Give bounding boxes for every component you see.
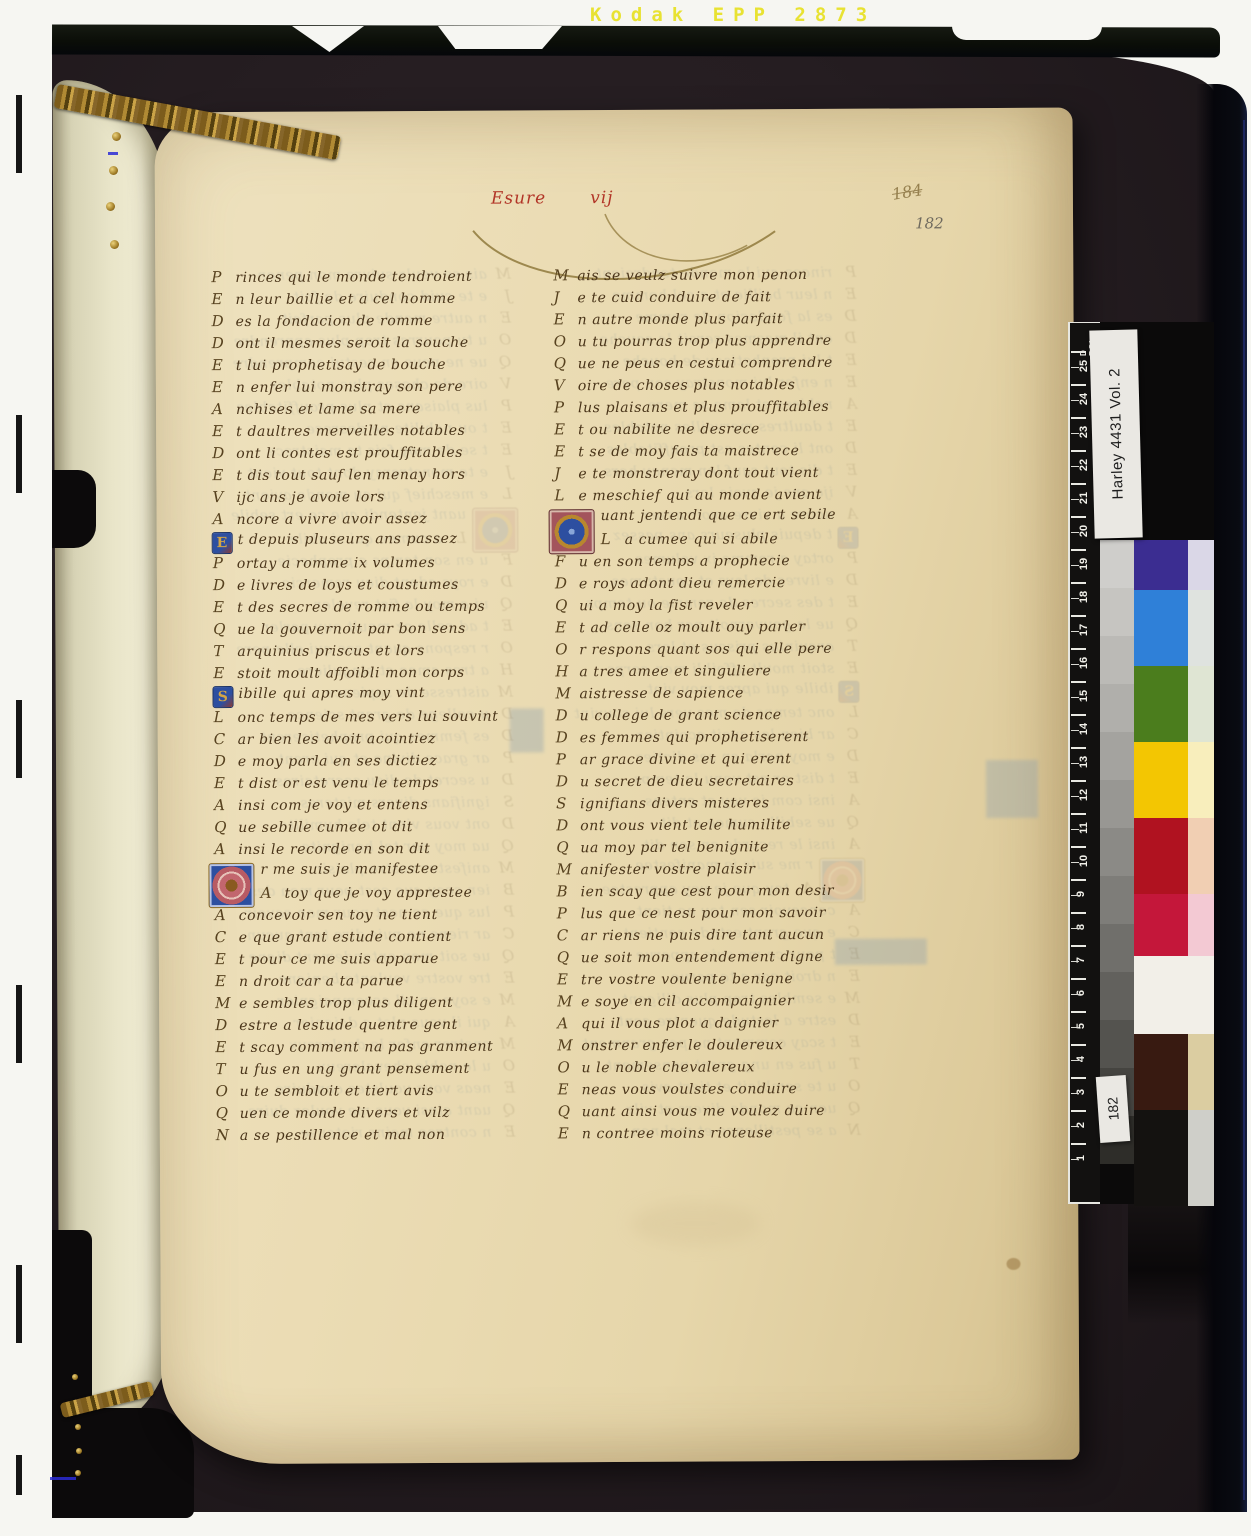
color-patch-pale — [1188, 1110, 1214, 1206]
verso-show-through — [986, 760, 1038, 818]
verse-line: Des femmes qui prophetiserent — [556, 727, 838, 750]
verse-text: t pour ce me suis apparue — [239, 951, 439, 968]
verse-line: Maistresse de sapience — [555, 683, 837, 706]
verse-line: Eneas vous voulstes conduire — [558, 1079, 840, 1102]
verse-initial: E — [212, 466, 236, 484]
verse-line: Je te cuid conduire de fait — [553, 287, 835, 310]
verse-line: Et lui prophetisay de bouche — [212, 355, 497, 378]
kodak-color-bar: D RSI 2524232221201918171615141312111098… — [1068, 322, 1214, 1204]
shelfmark-label: Harley 4431 Vol. 2 — [1089, 329, 1142, 538]
verse-initial: D — [556, 706, 580, 724]
verse-initial: D — [556, 728, 580, 746]
verse-line: En autre monde plus parfait — [554, 309, 836, 332]
verse-text: t daultres merveilles notables — [236, 423, 465, 440]
verse-initial: Q — [214, 818, 238, 836]
verse-initial: Q — [216, 1104, 240, 1122]
ruler-cell: 13 — [1070, 747, 1100, 780]
film-blue-edge-line — [1243, 120, 1245, 1500]
verse-initial: E — [215, 1038, 239, 1056]
verse-initial: M — [553, 266, 577, 284]
verse-initial: M — [555, 684, 579, 702]
verse-initial: N — [216, 1126, 240, 1144]
verse-line: Quen ce monde divers et vilz — [216, 1103, 501, 1126]
verse-line: Et daultres merveilles notables — [212, 421, 497, 444]
verse-initial: M — [556, 860, 580, 878]
verse-initial: D — [556, 772, 580, 790]
verse-text: ui a moy la fist reveler — [579, 597, 753, 614]
verse-text: ar bien les avoit acointiez — [238, 731, 436, 748]
verse-line: Des la fondacion de romme — [212, 311, 497, 334]
verse-text: t ou nabilite ne desrece — [578, 421, 760, 438]
verse-initial: A — [213, 510, 237, 528]
verse-line: Et depuis pluseurs ans passez — [213, 531, 498, 554]
verse-initial: E — [554, 442, 578, 460]
cradle-clamp — [52, 470, 96, 548]
verse-initial: O — [216, 1082, 240, 1100]
verse-initial: P — [211, 268, 235, 286]
verse-text: ignifians divers misteres — [580, 795, 770, 812]
verse-initial: L — [601, 530, 625, 548]
verse-text: ar riens ne puis dire tant aucun — [581, 927, 825, 944]
ruler-cell: 9 — [1070, 879, 1100, 912]
verse-line: Le meschief qui au monde avient — [554, 485, 836, 508]
ruler-cell: 14 — [1070, 714, 1100, 747]
verse-line: Et dist or est venu le temps — [214, 773, 499, 796]
ruler-cell: 7 — [1070, 945, 1100, 978]
ruler-cell: 6 — [1070, 978, 1100, 1011]
verse-text: n contree moins rioteuse — [582, 1125, 773, 1142]
verse-initial: E — [558, 1080, 582, 1098]
verse-text: e meschief qui au monde avient — [578, 487, 822, 504]
verse-initial: D — [215, 1016, 239, 1034]
ruler-cell: 15 — [1070, 681, 1100, 714]
verse-text: lus plaisans et plus prouffitables — [578, 399, 829, 416]
verse-initial: E — [213, 598, 237, 616]
gray-step — [1100, 828, 1134, 876]
verse-text: ue soit mon entendement digne — [581, 949, 823, 966]
color-patch-saturated — [1134, 540, 1188, 590]
verse-line: En leur baillie et a cel homme — [211, 289, 496, 312]
verse-line: Monstrer enfer le doulereux — [557, 1035, 839, 1058]
verse-initial: E — [215, 950, 239, 968]
verse-line: Et des secres de romme ou temps — [213, 597, 498, 620]
verse-text: uant jentendi que ce ert sebile — [601, 507, 837, 524]
ruler-number: 17 — [1078, 624, 1090, 636]
verse-line: Dont il mesmes seroit la souche — [212, 333, 497, 356]
ruler-cell: 1 — [1070, 1143, 1100, 1176]
verse-line: Portay a romme ix volumes — [213, 553, 498, 576]
color-patch-row — [1134, 666, 1214, 742]
verse-initial: O — [555, 640, 579, 658]
ruler-number: 23 — [1078, 426, 1090, 438]
ruler-number: 2 — [1075, 1122, 1087, 1128]
verse-line: Bien scay que cest pour mon desir — [557, 881, 839, 904]
color-patch-pale — [1188, 894, 1214, 956]
verse-line: Or respons quant sos qui elle pere — [555, 639, 837, 662]
color-patch-saturated — [1134, 742, 1188, 818]
verse-text: e moy parla en ses dictiez — [238, 753, 438, 770]
verse-text: e roys adont dieu remercie — [579, 575, 786, 592]
verse-text: ijc ans je avoie lors — [236, 489, 385, 506]
verse-line: Quant jentendi que ce ert sebile — [555, 507, 837, 530]
verse-initial: T — [213, 642, 237, 660]
ruler-cell: 8 — [1070, 912, 1100, 945]
film-edge-dash — [16, 95, 22, 173]
gray-step — [1100, 540, 1134, 588]
right-text-column: Mais se veulz suivre mon penon Je te cui… — [553, 265, 839, 1146]
verse-line: Voire de choses plus notables — [554, 375, 836, 398]
ruler-number: 14 — [1078, 723, 1090, 735]
color-patch-row — [1134, 590, 1214, 666]
verse-initial: C — [215, 928, 239, 946]
verse-line: Me soye en cil accompaignier — [557, 991, 839, 1014]
verse-text: arquinius priscus et lors — [237, 643, 425, 660]
verse-initial: Q — [555, 596, 579, 614]
verse-initial: Q — [557, 948, 581, 966]
verse-line: Et pour ce me suis apparue — [215, 949, 500, 972]
verse-line: Et scay comment na pas granment — [215, 1037, 500, 1060]
film-photograph-of-manuscript: { "film": { "brand_text": "Kodak EPP 287… — [0, 0, 1251, 1536]
gray-step — [1100, 588, 1134, 636]
left-text-column: Princes qui le monde tendroient En leur … — [211, 267, 500, 1148]
verse-text: ncore a vivre avoir assez — [237, 511, 428, 528]
verse-line: Tarquinius priscus et lors — [213, 641, 498, 664]
spine-text-fragments — [60, 238, 164, 1138]
verse-text: n leur baillie et a cel homme — [235, 291, 455, 308]
verse-line: Or me suis je manifestee — [214, 861, 499, 884]
verse-line: Dont vous vient tele humilite — [556, 815, 838, 838]
verse-line: Na se pestillence et mal non — [216, 1125, 501, 1148]
verse-initial: Q — [213, 620, 237, 638]
ruler-number: 22 — [1078, 459, 1090, 471]
film-notch — [438, 26, 562, 49]
gilt-boss-dot — [106, 202, 115, 211]
verse-initial: J — [554, 464, 578, 482]
gray-step — [1100, 876, 1134, 924]
verse-initial: E — [212, 378, 236, 396]
verse-initial: D — [212, 334, 236, 352]
verse-line: Ou tu pourras trop plus apprendre — [554, 331, 836, 354]
gilt-boss-dot — [76, 1448, 82, 1454]
color-patch-row — [1134, 540, 1214, 590]
verse-initial: S — [556, 794, 580, 812]
verse-text: onstrer enfer le doulereux — [581, 1037, 783, 1054]
verse-text: es femmes qui prophetiserent — [580, 729, 809, 746]
ruler-cell: 4 — [1070, 1044, 1100, 1077]
verse-text: estre a lestude quentre gent — [239, 1017, 458, 1034]
film-artifact — [50, 1477, 76, 1480]
verse-line: Et ad celle oz moult ouy parler — [555, 617, 837, 640]
verse-text: e livres de loys et coustumes — [237, 577, 459, 594]
verse-initial: V — [212, 488, 236, 506]
verso-show-through — [510, 708, 544, 752]
verse-text: ais se veulz suivre mon penon — [577, 267, 807, 284]
color-patch-row — [1134, 894, 1214, 956]
verse-text: e que grant estude contient — [239, 929, 452, 946]
verse-line: Que ne peus en cestui comprendre — [554, 353, 836, 376]
verse-line: Aconcevoir sen toy ne tient — [215, 905, 500, 928]
verse-initial: E — [212, 422, 236, 440]
verse-initial: E — [558, 1124, 582, 1142]
color-patch-saturated — [1134, 1034, 1188, 1110]
verse-initial: L — [554, 486, 578, 504]
ruler-cell: 17 — [1070, 615, 1100, 648]
verse-text: e te monstreray dont tout vient — [578, 465, 819, 482]
color-patch-row — [1134, 1110, 1214, 1206]
verse-initial: C — [214, 730, 238, 748]
verse-initial: M — [215, 994, 239, 1012]
verse-line: Que sebille cumee ot dit — [214, 817, 499, 840]
cradle-shadow — [52, 1408, 194, 1518]
verse-initial: O — [554, 332, 578, 350]
ruler-number: 15 — [1078, 690, 1090, 702]
verse-text: ont vous vient tele humilite — [580, 817, 791, 834]
verse-initial: Q — [554, 354, 578, 372]
verse-line: Qua moy par tel benignite — [556, 837, 838, 860]
verse-line: Ainsi le recorde en son dit — [214, 839, 499, 862]
verse-line: Atoy que je voy apprestee — [261, 883, 500, 906]
color-patch-row — [1134, 742, 1214, 818]
verse-text: insi com je voy et entens — [238, 797, 428, 814]
verse-text: n autre monde plus parfait — [578, 311, 784, 328]
gray-step — [1100, 1020, 1134, 1068]
verse-line: Car riens ne puis dire tant aucun — [557, 925, 839, 948]
ruler-cell: 16 — [1070, 648, 1100, 681]
verse-line: Je te monstreray dont tout vient — [554, 463, 836, 486]
verse-text: ar grace divine et qui erent — [580, 751, 792, 768]
color-patch-saturated — [1134, 1110, 1188, 1206]
verse-initial: E — [212, 356, 236, 374]
color-patch-pale — [1188, 540, 1214, 590]
verse-line: En contree moins rioteuse — [558, 1123, 840, 1146]
ruler-number: 7 — [1075, 957, 1087, 963]
verse-text: t dist or est venu le temps — [238, 775, 439, 792]
verse-initial: D — [213, 576, 237, 594]
verse-text: neas vous voulstes conduire — [582, 1081, 798, 1098]
verse-initial: A — [557, 1014, 581, 1032]
verse-initial: E — [213, 664, 237, 682]
folio-number-pencil: 182 — [915, 214, 944, 232]
verse-line: Ha tres amee et singuliere — [555, 661, 837, 684]
verse-line: De livres de loys et coustumes — [213, 575, 498, 598]
ruler-cell: 10 — [1070, 846, 1100, 879]
film-brand-text: Kodak EPP 2873 — [590, 4, 876, 26]
verse-initial: T — [215, 1060, 239, 1078]
gray-step — [1100, 924, 1134, 972]
verse-line: Me sembles trop plus diligent — [215, 993, 500, 1016]
manuscript-page: Esure vij 184 182 Mais se veulz suivre m… — [154, 108, 1079, 1465]
verse-line: Plus que ce nest pour mon savoir — [557, 903, 839, 926]
verse-line: Tu fus en ung grant pensement — [215, 1059, 500, 1082]
verse-line: Signifians divers misteres — [556, 793, 838, 816]
verse-text: n enfer lui monstray son pere — [236, 379, 464, 396]
verse-line: Par grace divine et qui erent — [556, 749, 838, 772]
verse-initial: F — [555, 552, 579, 570]
verse-initial: Q — [558, 1102, 582, 1120]
ruler-number: 3 — [1075, 1089, 1087, 1095]
verse-text: aistresse de sapience — [579, 685, 744, 702]
ruler-number: 1 — [1075, 1155, 1087, 1161]
verse-text: t des secres de romme ou temps — [237, 599, 485, 616]
verse-text: tre vostre voulente benigne — [581, 971, 793, 988]
film-edge-dash — [16, 1455, 22, 1495]
verse-text: ortay a romme ix volumes — [237, 555, 436, 572]
verse-text: ua moy par tel benignite — [580, 839, 769, 856]
verse-initial: D — [214, 752, 238, 770]
verse-line: Et ou nabilite ne desrece — [554, 419, 836, 442]
verse-line: Car bien les avoit acointiez — [214, 729, 499, 752]
gilt-boss-dot — [109, 166, 118, 175]
verse-text: u le noble chevalereux — [581, 1059, 755, 1076]
verse-text: t ad celle oz moult ouy parler — [579, 619, 806, 636]
verse-text: ue ne peus en cestui comprendre — [578, 355, 833, 372]
verse-line: Dont li contes est prouffitables — [212, 443, 497, 466]
verse-text: toy que je voy apprestee — [285, 885, 473, 902]
color-patch-saturated — [1134, 894, 1188, 956]
verse-text: onc temps de mes vers lui souvint — [238, 709, 499, 726]
film-notch — [952, 26, 1102, 40]
verse-initial: P — [556, 750, 580, 768]
color-patch-saturated — [1134, 590, 1188, 666]
verse-line: De roys adont dieu remercie — [555, 573, 837, 596]
ruler-number: 19 — [1078, 558, 1090, 570]
verse-text: insi le recorde en son dit — [238, 841, 430, 858]
verse-line: Quant ainsi vous me voulez duire — [558, 1101, 840, 1124]
verse-line: Destre a lestude quentre gent — [215, 1015, 500, 1038]
verse-initial: E — [555, 618, 579, 636]
verse-text: t dis tout sauf len menay hors — [236, 467, 465, 484]
ruler-cell: 18 — [1070, 582, 1100, 615]
gilt-boss-dot — [75, 1424, 81, 1430]
ruler-cell: 5 — [1070, 1011, 1100, 1044]
color-patch-column — [1134, 322, 1214, 1204]
verse-initial: D — [212, 444, 236, 462]
parchment-stain — [1006, 1258, 1020, 1270]
color-patch-saturated — [1134, 956, 1188, 1034]
verse-text: rinces qui le monde tendroient — [235, 269, 472, 286]
folio-number-struck: 184 — [891, 180, 924, 204]
verse-line: Ainsi com je voy et entens — [214, 795, 499, 818]
ruler-number: 11 — [1078, 822, 1090, 834]
verse-initial: P — [557, 904, 581, 922]
verse-line: Sibille qui apres moy vint — [213, 685, 498, 708]
verse-text: a tres amee et singuliere — [579, 663, 771, 680]
color-patch-saturated — [1134, 666, 1188, 742]
color-patch-pale — [1188, 666, 1214, 742]
verse-text: u secret de dieu secretaires — [580, 773, 795, 790]
verse-text: r me suis je manifestee — [260, 861, 438, 878]
verse-text: qui il vous plot a daignier — [581, 1015, 779, 1032]
verse-line: Manifester vostre plaisir — [556, 859, 838, 882]
color-patch-row — [1134, 956, 1214, 1034]
color-patch-pale — [1188, 818, 1214, 894]
verse-line: Que la gouvernoit par bon sens — [213, 619, 498, 642]
ruler-number: 4 — [1075, 1056, 1087, 1062]
frame-number-label: 182 — [1096, 1075, 1131, 1143]
verse-text: t se de moy fais ta maistrece — [578, 443, 799, 460]
ruler-number: 9 — [1075, 891, 1087, 897]
verse-text: es la fondacion de romme — [236, 313, 433, 330]
verse-line: Ce que grant estude contient — [215, 927, 500, 950]
verse-line: Fu en son temps a prophecie — [555, 551, 837, 574]
ruler-number: 24 — [1078, 393, 1090, 405]
gilt-boss-dot — [112, 132, 121, 141]
verse-initial: L — [214, 708, 238, 726]
verse-initial: O — [208, 863, 254, 908]
verse-text: uant ainsi vous me voulez duire — [582, 1103, 825, 1120]
verse-text: r respons quant sos qui elle pere — [579, 641, 832, 658]
verse-text: u te sembloit et tiert avis — [240, 1083, 435, 1100]
film-artifact — [108, 152, 118, 155]
verse-initial: E — [211, 290, 235, 308]
cradle-shadow — [52, 1230, 92, 1425]
gray-step — [1100, 636, 1134, 684]
verse-text: ien scay que cest pour mon desir — [581, 883, 835, 900]
verse-line: Que soit mon entendement digne — [557, 947, 839, 970]
verse-text: u tu pourras trop plus apprendre — [578, 333, 832, 350]
verse-text: t depuis pluseurs ans passez — [238, 531, 458, 548]
verse-line: De moy parla en ses dictiez — [214, 751, 499, 774]
color-patch-pale — [1188, 956, 1214, 1034]
gilt-boss-dot — [110, 240, 119, 249]
verse-text: anifester vostre plaisir — [580, 861, 755, 878]
verse-initial: E — [554, 420, 578, 438]
verse-initial: A — [212, 400, 236, 418]
verse-initial: E — [554, 310, 578, 328]
verse-initial: Q — [549, 509, 595, 554]
color-patch-pale — [1188, 590, 1214, 666]
parchment-stain — [630, 1201, 760, 1246]
gilt-boss-dot — [75, 1470, 81, 1476]
verse-initial: M — [557, 1036, 581, 1054]
ruler-cell: 11 — [1070, 813, 1100, 846]
color-patch-saturated — [1134, 818, 1188, 894]
verse-line: Aqui il vous plot a daignier — [557, 1013, 839, 1036]
color-patch-pale — [1188, 742, 1214, 818]
gray-step — [1100, 732, 1134, 780]
verse-text: u fus en ung grant pensement — [239, 1061, 469, 1078]
gray-step — [1100, 684, 1134, 732]
verse-initial: A — [261, 884, 285, 902]
color-patch-row — [1134, 818, 1214, 894]
verse-line: Princes qui le monde tendroient — [211, 267, 496, 290]
verse-initial: P — [213, 554, 237, 572]
verse-initial: P — [554, 398, 578, 416]
gray-step — [1100, 780, 1134, 828]
verse-line: Ancore a vivre avoir assez — [213, 509, 498, 532]
verse-initial: M — [557, 992, 581, 1010]
verse-line: Etre vostre voulente benigne — [557, 969, 839, 992]
verse-initial: D — [555, 574, 579, 592]
ruler-number: 13 — [1078, 756, 1090, 768]
ruler-number: 20 — [1078, 525, 1090, 537]
verse-initial: D — [212, 312, 236, 330]
verse-line: En droit car a ta parue — [215, 971, 500, 994]
verse-text: oire de choses plus notables — [578, 377, 796, 394]
verse-line: Du college de grant science — [556, 705, 838, 728]
film-edge-dash — [16, 700, 22, 778]
verse-line: En enfer lui monstray son pere — [212, 377, 497, 400]
verse-initial: A — [214, 840, 238, 858]
verse-initial: V — [554, 376, 578, 394]
ruler-cell: 2 — [1070, 1110, 1100, 1143]
verse-text: stoit moult affoibli mon corps — [237, 665, 464, 682]
verse-line: Ou te sembloit et tiert avis — [216, 1081, 501, 1104]
verse-line: Lonc temps de mes vers lui souvint — [214, 707, 499, 730]
verse-line: La cumee qui si abile — [601, 529, 837, 552]
verse-text: ibille qui apres moy vint — [238, 685, 425, 702]
verse-text: a cumee qui si abile — [625, 531, 779, 548]
